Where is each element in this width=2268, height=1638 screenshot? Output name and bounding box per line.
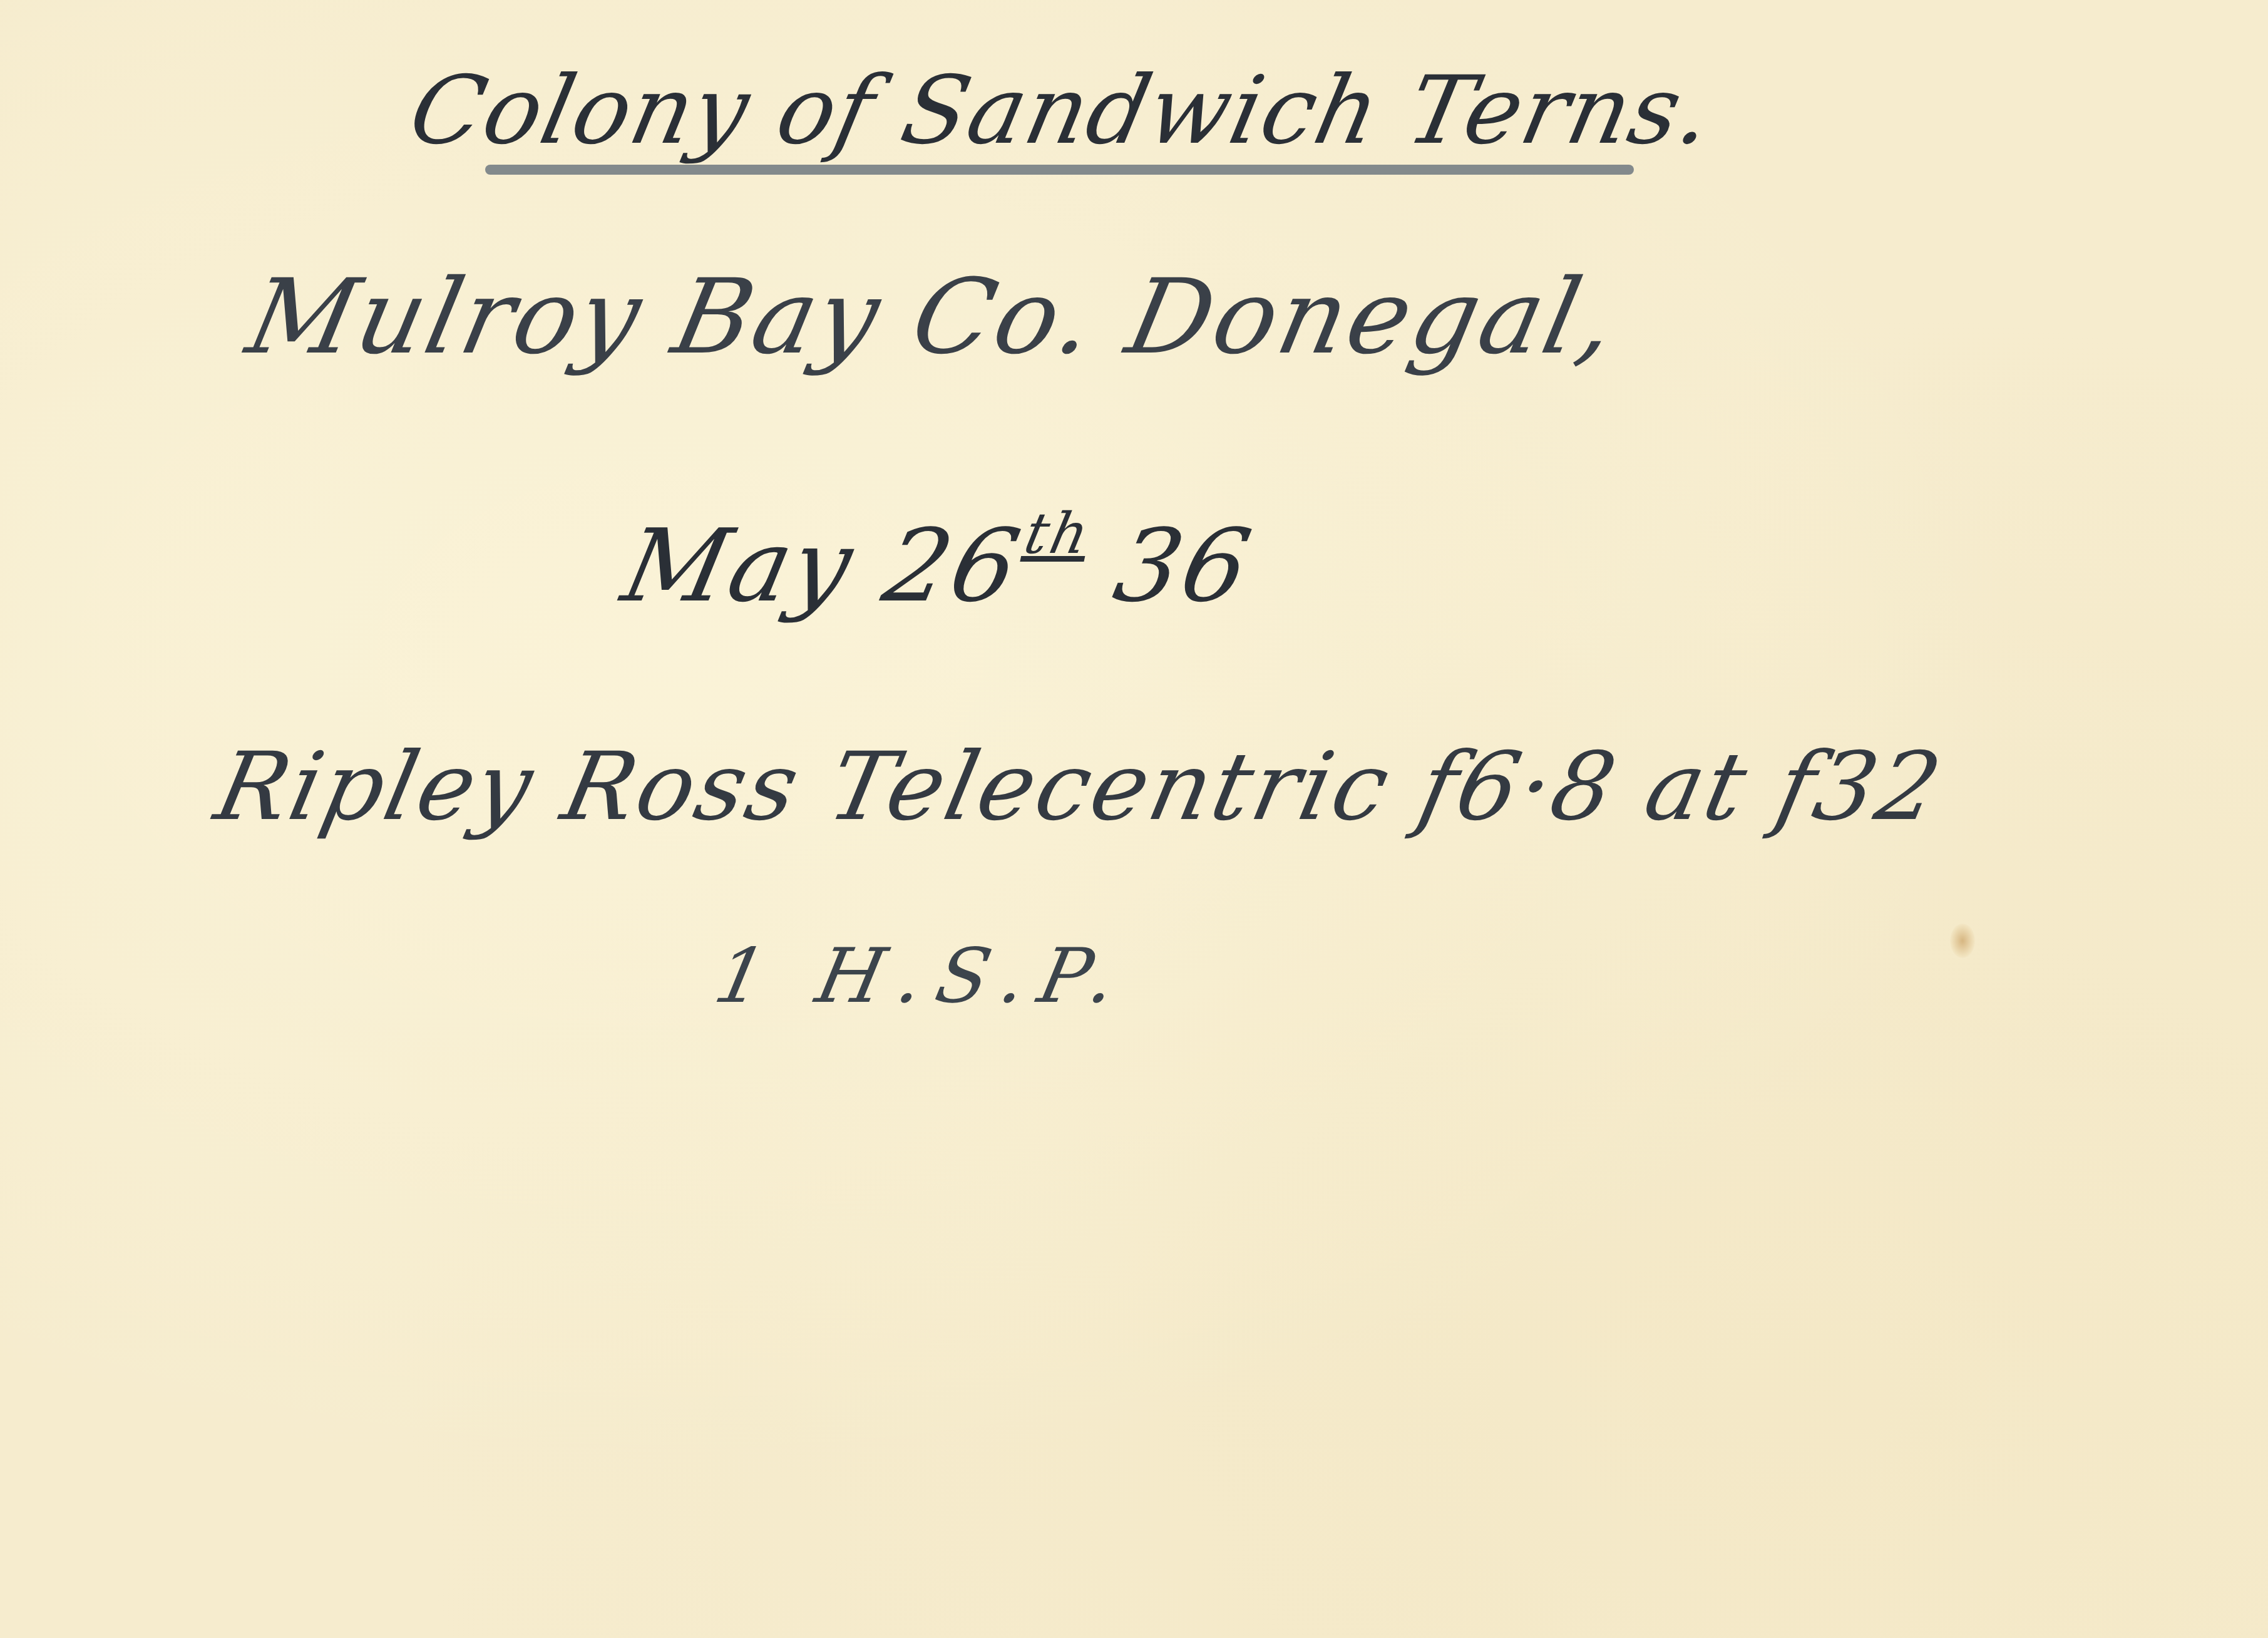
equipment-line: Ripley Ross Telecentric f6·8 at f32 (207, 733, 1952, 842)
card-title: Colony of Sandwich Terns. (401, 56, 1723, 165)
date-ordinal: th (1019, 501, 1097, 567)
title-underline (485, 165, 1634, 175)
date-month-day: May 26 (613, 507, 1032, 624)
location-line: Mulroy Bay Co. Donegal, (238, 257, 1629, 377)
plate-note: 1 H.S.P. (707, 933, 1139, 1020)
date-line: May 26th 36 (613, 507, 1262, 624)
archival-card: Colony of Sandwich Terns. Mulroy Bay Co.… (0, 0, 2268, 1638)
paper-stain (1950, 924, 1975, 958)
date-year: 36 (1105, 507, 1262, 624)
